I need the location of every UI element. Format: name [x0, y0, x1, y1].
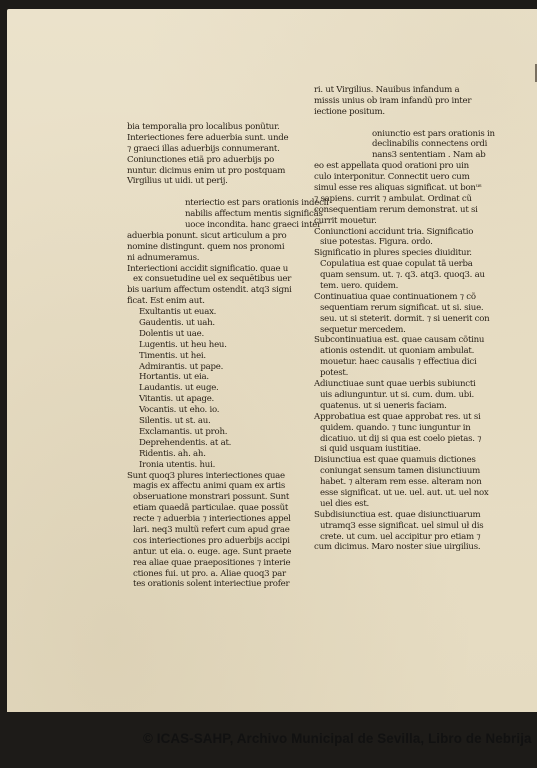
text-line: Interiectioni accidit significatio. quae… — [127, 264, 329, 275]
text-line: nteriectio est pars orationis indecli — [127, 198, 329, 209]
text-line: uoce incondita. hanc graeci inter — [127, 220, 329, 231]
text-line — [314, 118, 495, 129]
text-line: ficat. Est enim aut. — [127, 296, 329, 307]
text-line: Laudantis. ut euge. — [127, 383, 329, 394]
text-line: quam sensum. ut. ⁊. q3. atq3. quoq3. au — [314, 270, 495, 281]
text-line: siue potestas. Figura. ordo. — [314, 237, 495, 248]
text-line: ri. ut Virgilius. Nauibus infandum a — [314, 85, 495, 96]
text-line: dicatiuo. ut dij si qua est coelo pietas… — [314, 434, 495, 445]
left-text-column: bia temporalia pro localibus ponũtur.Int… — [127, 122, 329, 590]
text-line: etiam quaedã particulae. quae possũt — [127, 503, 329, 514]
text-line: simul esse res aliquas significat. ut bo… — [314, 183, 495, 194]
text-line: ex consuetudine uel ex sequētibus uer — [127, 274, 329, 285]
text-line: Dolentis ut uae. — [127, 329, 329, 340]
text-line: Subcontinuatiua est. quae causam cõtinu — [314, 335, 495, 346]
text-line: ationis ostendit. ut quoniam ambulat. — [314, 346, 495, 357]
text-line: Adiunctiuae sunt quae uerbis subiuncti — [314, 379, 495, 390]
text-line: Exclamantis. ut proh. — [127, 427, 329, 438]
text-line: esse significat. ut ue. uel. aut. ut. ue… — [314, 488, 495, 499]
text-line: tes orationis solent interiectiue profer — [127, 579, 329, 590]
text-line: ⁊ sapiens. currit ⁊ ambulat. Ordinat cũ — [314, 194, 495, 205]
text-line: oniunctio est pars orationis in — [314, 129, 495, 140]
text-line: Silentis. ut st. au. — [127, 416, 329, 427]
text-line: Deprehendentis. at at. — [127, 438, 329, 449]
text-line: quidem. quando. ⁊ tunc iunguntur in — [314, 423, 495, 434]
text-line: ni adnumeramus. — [127, 253, 329, 264]
text-line: utramq3 esse significat. uel simul uł di… — [314, 521, 495, 532]
text-line: Hortantis. ut eia. — [127, 372, 329, 383]
text-line: missis unius ob iram infandũ pro inter — [314, 96, 495, 107]
text-line: nabilis affectum mentis significãs — [127, 209, 329, 220]
text-line: ctiones fui. ut pro. a. Aliae quoq3 par — [127, 569, 329, 580]
text-line: Approbatiua est quae approbat res. ut si — [314, 412, 495, 423]
text-line: crete. ut cum. uel accipitur pro etiam ⁊ — [314, 532, 495, 543]
text-line: Ridentis. ah. ah. — [127, 449, 329, 460]
text-line: bis uarium affectum ostendit. atq3 signi — [127, 285, 329, 296]
text-line: obseruatione monstrari possunt. Sunt — [127, 492, 329, 503]
text-line: sequetur mercedem. — [314, 325, 495, 336]
text-line: declinabilis connectens ordi — [314, 139, 495, 150]
text-line: Lugentis. ut heu heu. — [127, 340, 329, 351]
text-line: culo interponitur. Connectit uero cum — [314, 172, 495, 183]
text-line: bia temporalia pro localibus ponũtur. — [127, 122, 329, 133]
text-line: tem. uero. quidem. — [314, 281, 495, 292]
text-line: Timentis. ut hei. — [127, 351, 329, 362]
text-line: Vocantis. ut eho. io. — [127, 405, 329, 416]
text-line: Significatio in plures species diuiditur… — [314, 248, 495, 259]
text-line: Virgilius ut uidi. ut perij. — [127, 176, 329, 187]
text-line: nuntur. dicimus enim ut pro postquam — [127, 166, 329, 177]
text-line: quatenus. ut si ueneris faciam. — [314, 401, 495, 412]
text-line: uel dies est. — [314, 499, 495, 510]
text-line: Exultantis ut euax. — [127, 307, 329, 318]
text-line: magis ex affectu animi quam ex artis — [127, 481, 329, 492]
copyright-watermark: © ICAS-SAHP, Archivo Municipal de Sevill… — [143, 731, 532, 746]
text-line: eo est appellata quod orationi pro uin — [314, 161, 495, 172]
text-line: ⁊ graeci illas aduerbijs connumerant. — [127, 144, 329, 155]
text-line: aduerbia ponunt. sicut articulum a pro — [127, 231, 329, 242]
text-line: Vitantis. ut apage. — [127, 394, 329, 405]
text-line: iectione positum. — [314, 107, 495, 118]
text-line: Coniunctioni accidunt tria. Significatio — [314, 227, 495, 238]
text-line: nans3 sententiam . Nam ab — [314, 150, 495, 161]
text-line: si quid usquam iustitiae. — [314, 444, 495, 455]
text-line: Interiectiones fere aduerbia sunt. unde — [127, 133, 329, 144]
text-line: lari. neq3 multũ refert cum apud grae — [127, 525, 329, 536]
text-line: Disiunctiua est quae quamuis dictiones — [314, 455, 495, 466]
text-line: recte ⁊ aduerbia ⁊ interiectiones appel — [127, 514, 329, 525]
text-line: Ironia utentis. hui. — [127, 460, 329, 471]
text-line: Gaudentis. ut uah. — [127, 318, 329, 329]
text-line: nomine distingunt. quem nos pronomi — [127, 242, 329, 253]
text-line: mouetur. haec causalis ⁊ effectiua dici — [314, 357, 495, 368]
text-line: potest. — [314, 368, 495, 379]
text-line: antur. ut eia. o. euge. age. Sunt praete — [127, 547, 329, 558]
text-line: Sunt quoq3 plures interiectiones quae — [127, 471, 329, 482]
text-line: rea aliae quae praepositiones ⁊ interie — [127, 558, 329, 569]
text-line: sequentiam rerum significat. ut si. siue… — [314, 303, 495, 314]
text-line: uis adiunguntur. ut si. cum. dum. ubi. — [314, 390, 495, 401]
text-line: seu. ut si steterit. dormit. ⁊ si ueneri… — [314, 314, 495, 325]
text-line: Continuatiua quae continuationem ⁊ cõ — [314, 292, 495, 303]
text-line: cum dicimus. Maro noster siue uirgilius. — [314, 542, 495, 553]
text-line: Coniunctiones etiã pro aduerbijs po — [127, 155, 329, 166]
text-line — [127, 187, 329, 198]
text-line: Subdisiunctiua est. quae disiunctiuarum — [314, 510, 495, 521]
text-line: consequentiam rerum demonstrat. ut si — [314, 205, 495, 216]
text-line: Admirantis. ut pape. — [127, 362, 329, 373]
text-line: habet. ⁊ alteram rem esse. alteram non — [314, 477, 495, 488]
right-text-column: ri. ut Virgilius. Nauibus infandum amiss… — [314, 85, 495, 553]
text-line: currit mouetur. — [314, 216, 495, 227]
text-line: coniungat sensum tamen disiunctiuum — [314, 466, 495, 477]
text-line: Copulatiua est quae copulat tã uerba — [314, 259, 495, 270]
text-line: cos interiectiones pro aduerbijs accipi — [127, 536, 329, 547]
